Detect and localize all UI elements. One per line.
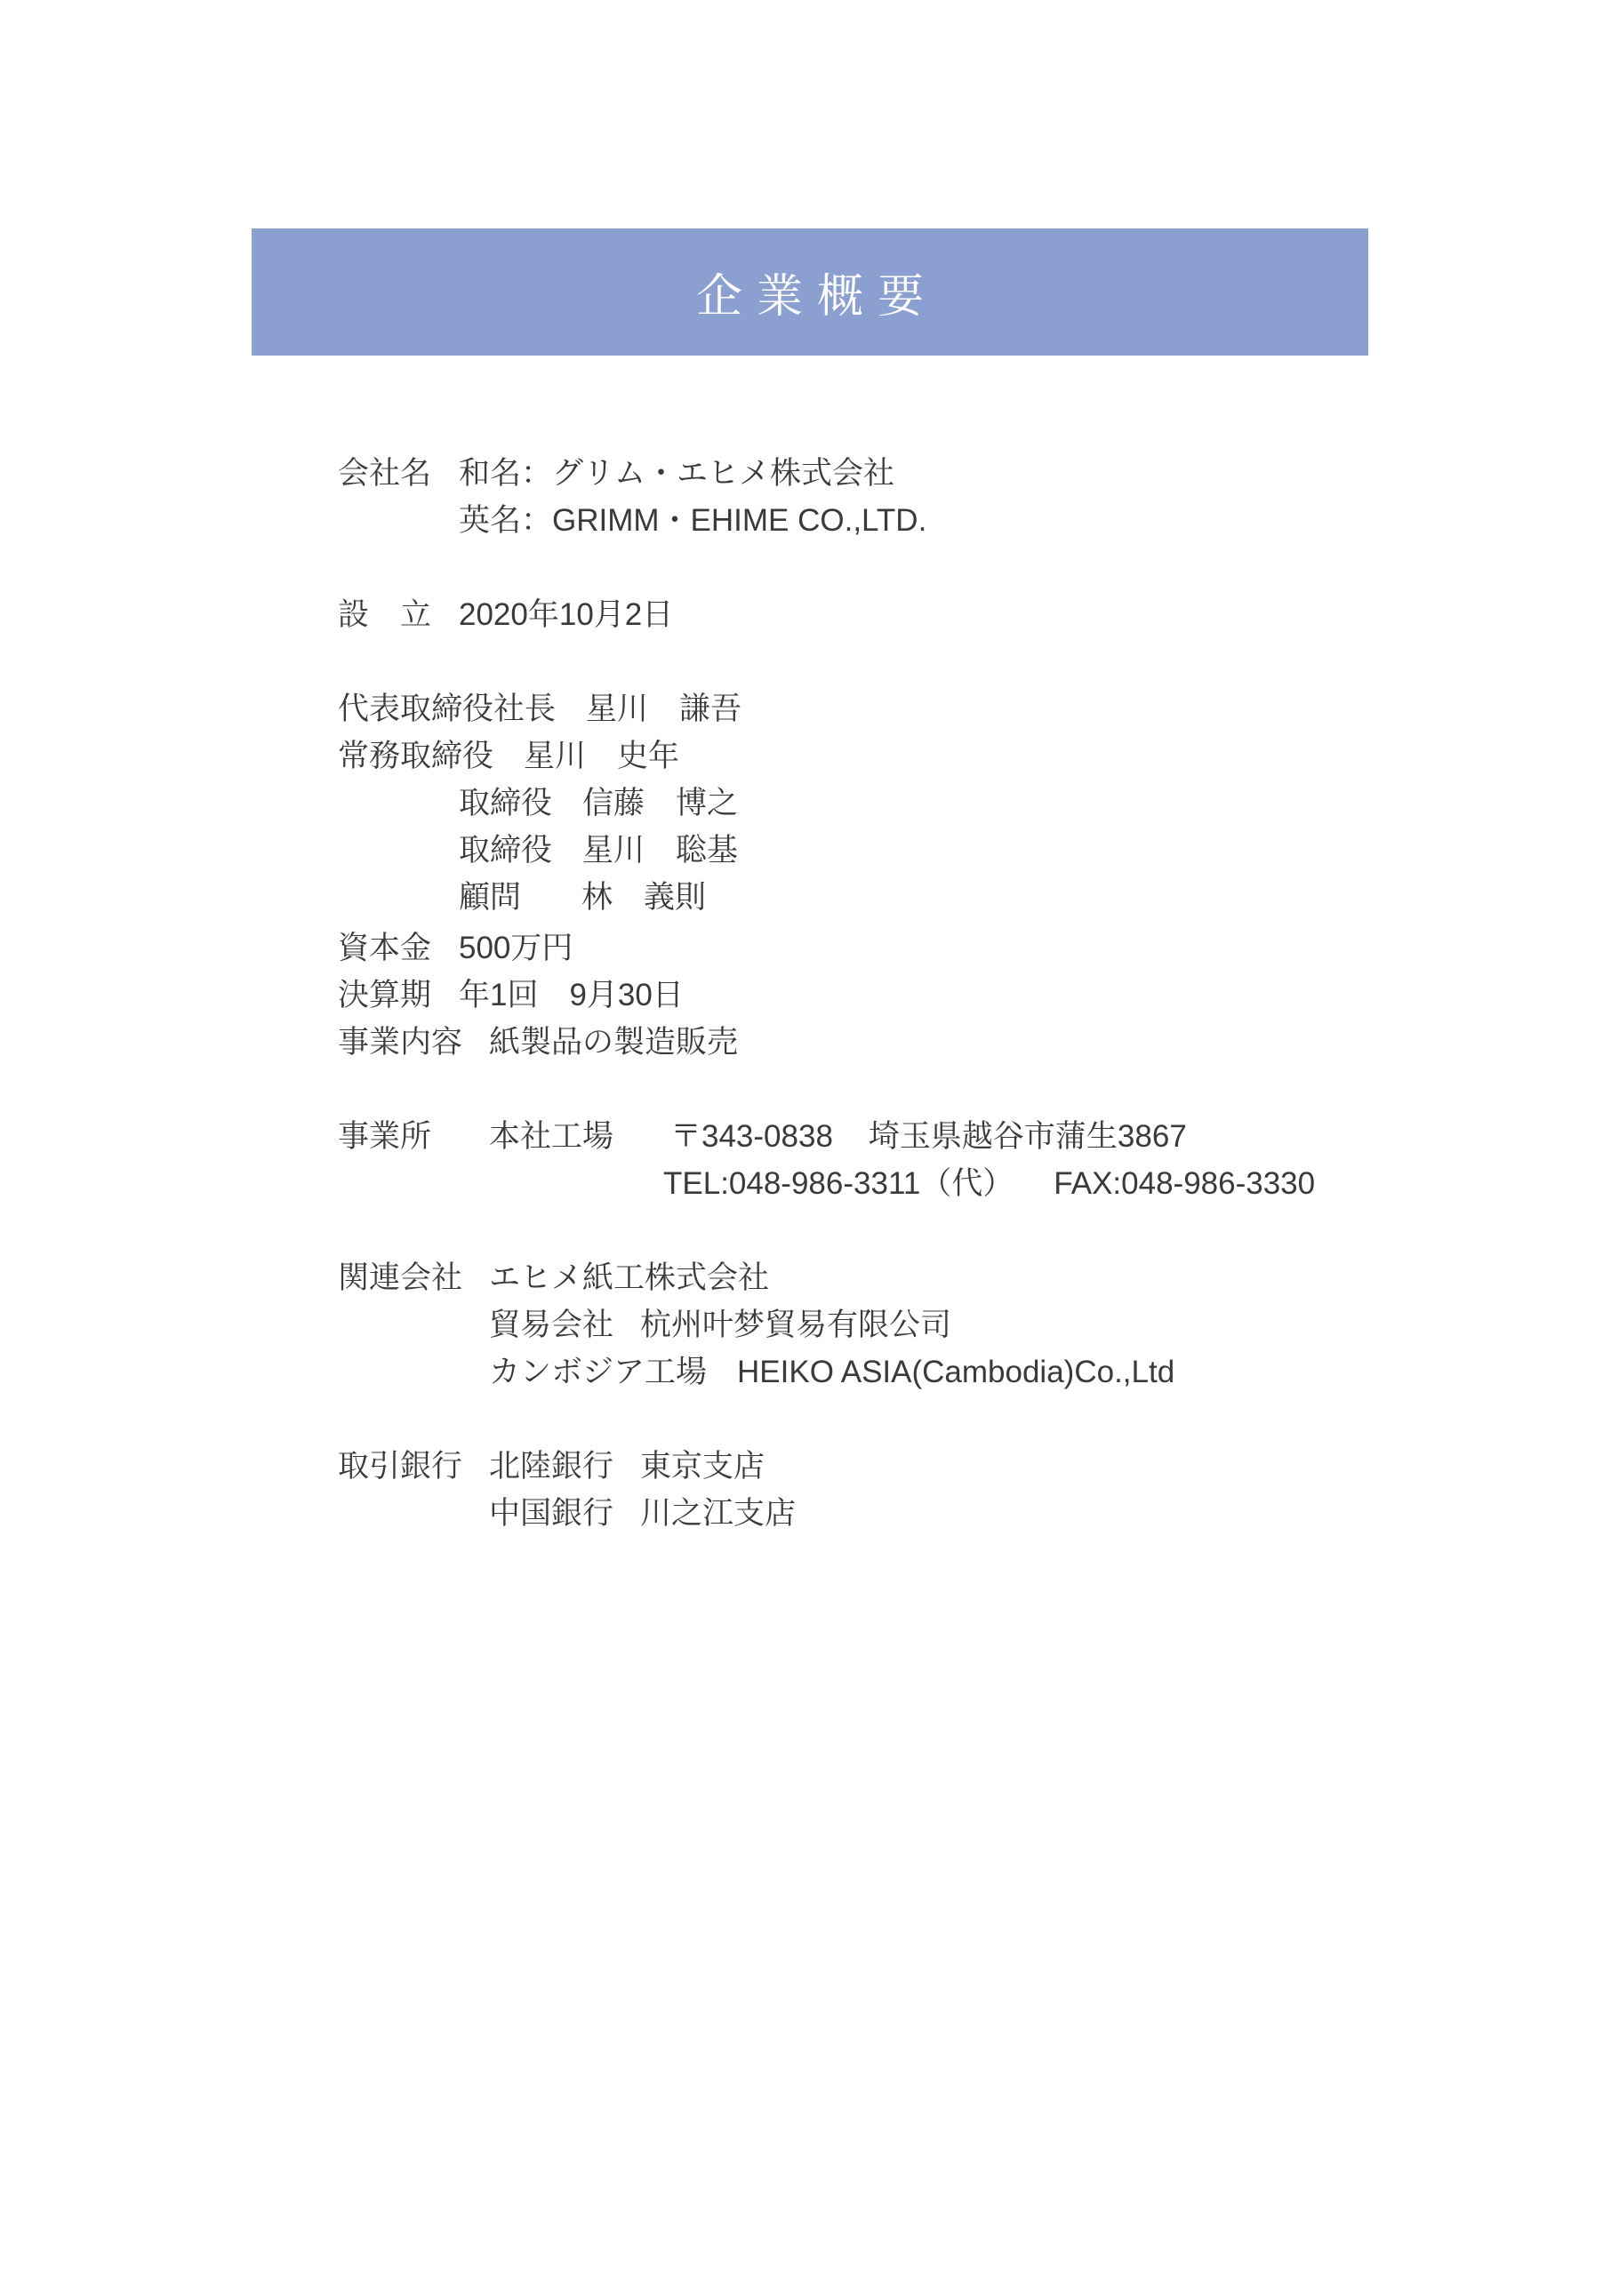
- company-name-en: 英名：GRIMM・EHIME CO.,LTD.: [459, 497, 926, 544]
- business-label: 事業内容: [338, 1019, 489, 1066]
- established-value: 2020年10月2日: [459, 591, 673, 638]
- officer-row: 常務取締役 星川 史年: [338, 732, 1405, 780]
- established-row: 設 立 2020年10月2日: [338, 591, 1405, 638]
- officer-row: 取締役 星川 聡基: [338, 827, 1405, 874]
- office-tel: TEL:048-986-3311（代）: [663, 1160, 1014, 1207]
- officer-row: 取締役 信藤 博之: [338, 780, 1405, 827]
- company-name-label: 会社名: [338, 450, 459, 497]
- company-name-ja-row: 会社名 和名：グリム・エヒメ株式会社: [338, 450, 1405, 497]
- officer-title: 常務取締役: [338, 732, 493, 780]
- bank-row: 取引銀行 北陸銀行 東京支店: [338, 1443, 1405, 1490]
- section-officers: 代表取締役社長 星川 謙吾 常務取締役 星川 史年 取締役 信藤 博之 取締役 …: [338, 685, 1405, 921]
- spacer: [338, 1160, 663, 1207]
- bank-branch: 東京支店: [640, 1443, 765, 1490]
- officer-row: 代表取締役社長 星川 謙吾: [338, 685, 1405, 732]
- office-address: 埼玉県越谷市蒲生3867: [869, 1113, 1187, 1160]
- spacer: [338, 1301, 489, 1348]
- affiliate-name: エヒメ紙工株式会社: [489, 1254, 769, 1301]
- spacer: [338, 1348, 489, 1396]
- affiliates-label: 関連会社: [338, 1254, 489, 1301]
- business-value: 紙製品の製造販売: [489, 1019, 738, 1066]
- affiliate-row: 関連会社 エヒメ紙工株式会社: [338, 1254, 1405, 1301]
- spacer: [338, 874, 459, 921]
- office-contact-row: TEL:048-986-3311（代） FAX:048-986-3330: [338, 1160, 1405, 1207]
- bank-row: 中国銀行 川之江支店: [338, 1490, 1405, 1537]
- spacer: [338, 827, 459, 874]
- officer-row: 顧問 林 義則: [338, 874, 1405, 921]
- capital-row: 資本金 500万円: [338, 924, 1405, 972]
- section-established: 設 立 2020年10月2日: [338, 591, 1405, 638]
- officer-title: 顧問: [459, 874, 521, 921]
- spacer: [338, 1490, 489, 1537]
- section-company-name: 会社名 和名：グリム・エヒメ株式会社 英名：GRIMM・EHIME CO.,LT…: [338, 450, 1405, 544]
- officer-name: 信藤 博之: [582, 780, 738, 827]
- affiliate-row: 貿易会社 杭州叶梦貿易有限公司: [338, 1301, 1405, 1348]
- capital-value: 500万円: [459, 924, 573, 972]
- offices-label: 事業所: [338, 1113, 489, 1160]
- bank-branch: 川之江支店: [640, 1490, 796, 1537]
- affiliate-name: HEIKO ASIA(Cambodia)Co.,Ltd: [737, 1348, 1174, 1396]
- title-bar: 企業概要: [252, 228, 1368, 356]
- section-banks: 取引銀行 北陸銀行 東京支店 中国銀行 川之江支店: [338, 1443, 1405, 1537]
- officer-name: 星川 史年: [524, 732, 679, 780]
- officer-title: 取締役: [459, 780, 552, 827]
- officer-name: 星川 聡基: [582, 827, 738, 874]
- banks-label: 取引銀行: [338, 1443, 489, 1490]
- office-fax: FAX:048-986-3330: [1054, 1160, 1315, 1207]
- company-profile: 会社名 和名：グリム・エヒメ株式会社 英名：GRIMM・EHIME CO.,LT…: [338, 450, 1405, 1537]
- fiscal-term-value: 年1回 9月30日: [459, 972, 684, 1019]
- bank-name: 北陸銀行: [489, 1443, 640, 1490]
- company-name-en-row: 英名：GRIMM・EHIME CO.,LTD.: [338, 497, 1405, 544]
- affiliate-row: カンボジア工場 HEIKO ASIA(Cambodia)Co.,Ltd: [338, 1348, 1405, 1396]
- bank-name: 中国銀行: [489, 1490, 640, 1537]
- company-name-ja: 和名：グリム・エヒメ株式会社: [459, 450, 894, 497]
- page: { "page": { "title_bar": { "title": "企業概…: [0, 0, 1619, 2296]
- section-affiliates: 関連会社 エヒメ紙工株式会社 貿易会社 杭州叶梦貿易有限公司 カンボジア工場 H…: [338, 1254, 1405, 1396]
- fiscal-term-row: 決算期 年1回 9月30日: [338, 972, 1405, 1019]
- capital-label: 資本金: [338, 924, 459, 972]
- affiliate-type: カンボジア工場: [489, 1348, 707, 1396]
- affiliate-type: 貿易会社: [489, 1301, 640, 1348]
- office-row: 事業所 本社工場 〒343-0838 埼玉県越谷市蒲生3867: [338, 1113, 1405, 1160]
- affiliate-name: 杭州叶梦貿易有限公司: [640, 1301, 951, 1348]
- officer-title: 代表取締役社長: [338, 685, 556, 732]
- spacer: [338, 497, 459, 544]
- business-row: 事業内容 紙製品の製造販売: [338, 1019, 1405, 1066]
- spacer: [338, 780, 459, 827]
- office-site: 本社工場: [489, 1113, 670, 1160]
- officer-name: 星川 謙吾: [586, 685, 741, 732]
- officer-name: 林 義則: [581, 874, 706, 921]
- office-postal-code: 〒343-0838: [670, 1113, 833, 1160]
- section-offices: 事業所 本社工場 〒343-0838 埼玉県越谷市蒲生3867 TEL:048-…: [338, 1113, 1405, 1207]
- fiscal-term-label: 決算期: [338, 972, 459, 1019]
- page-title: 企業概要: [682, 259, 938, 325]
- section-company-facts: 資本金 500万円 決算期 年1回 9月30日 事業内容 紙製品の製造販売: [338, 924, 1405, 1066]
- officer-title: 取締役: [459, 827, 552, 874]
- established-label: 設 立: [338, 591, 459, 638]
